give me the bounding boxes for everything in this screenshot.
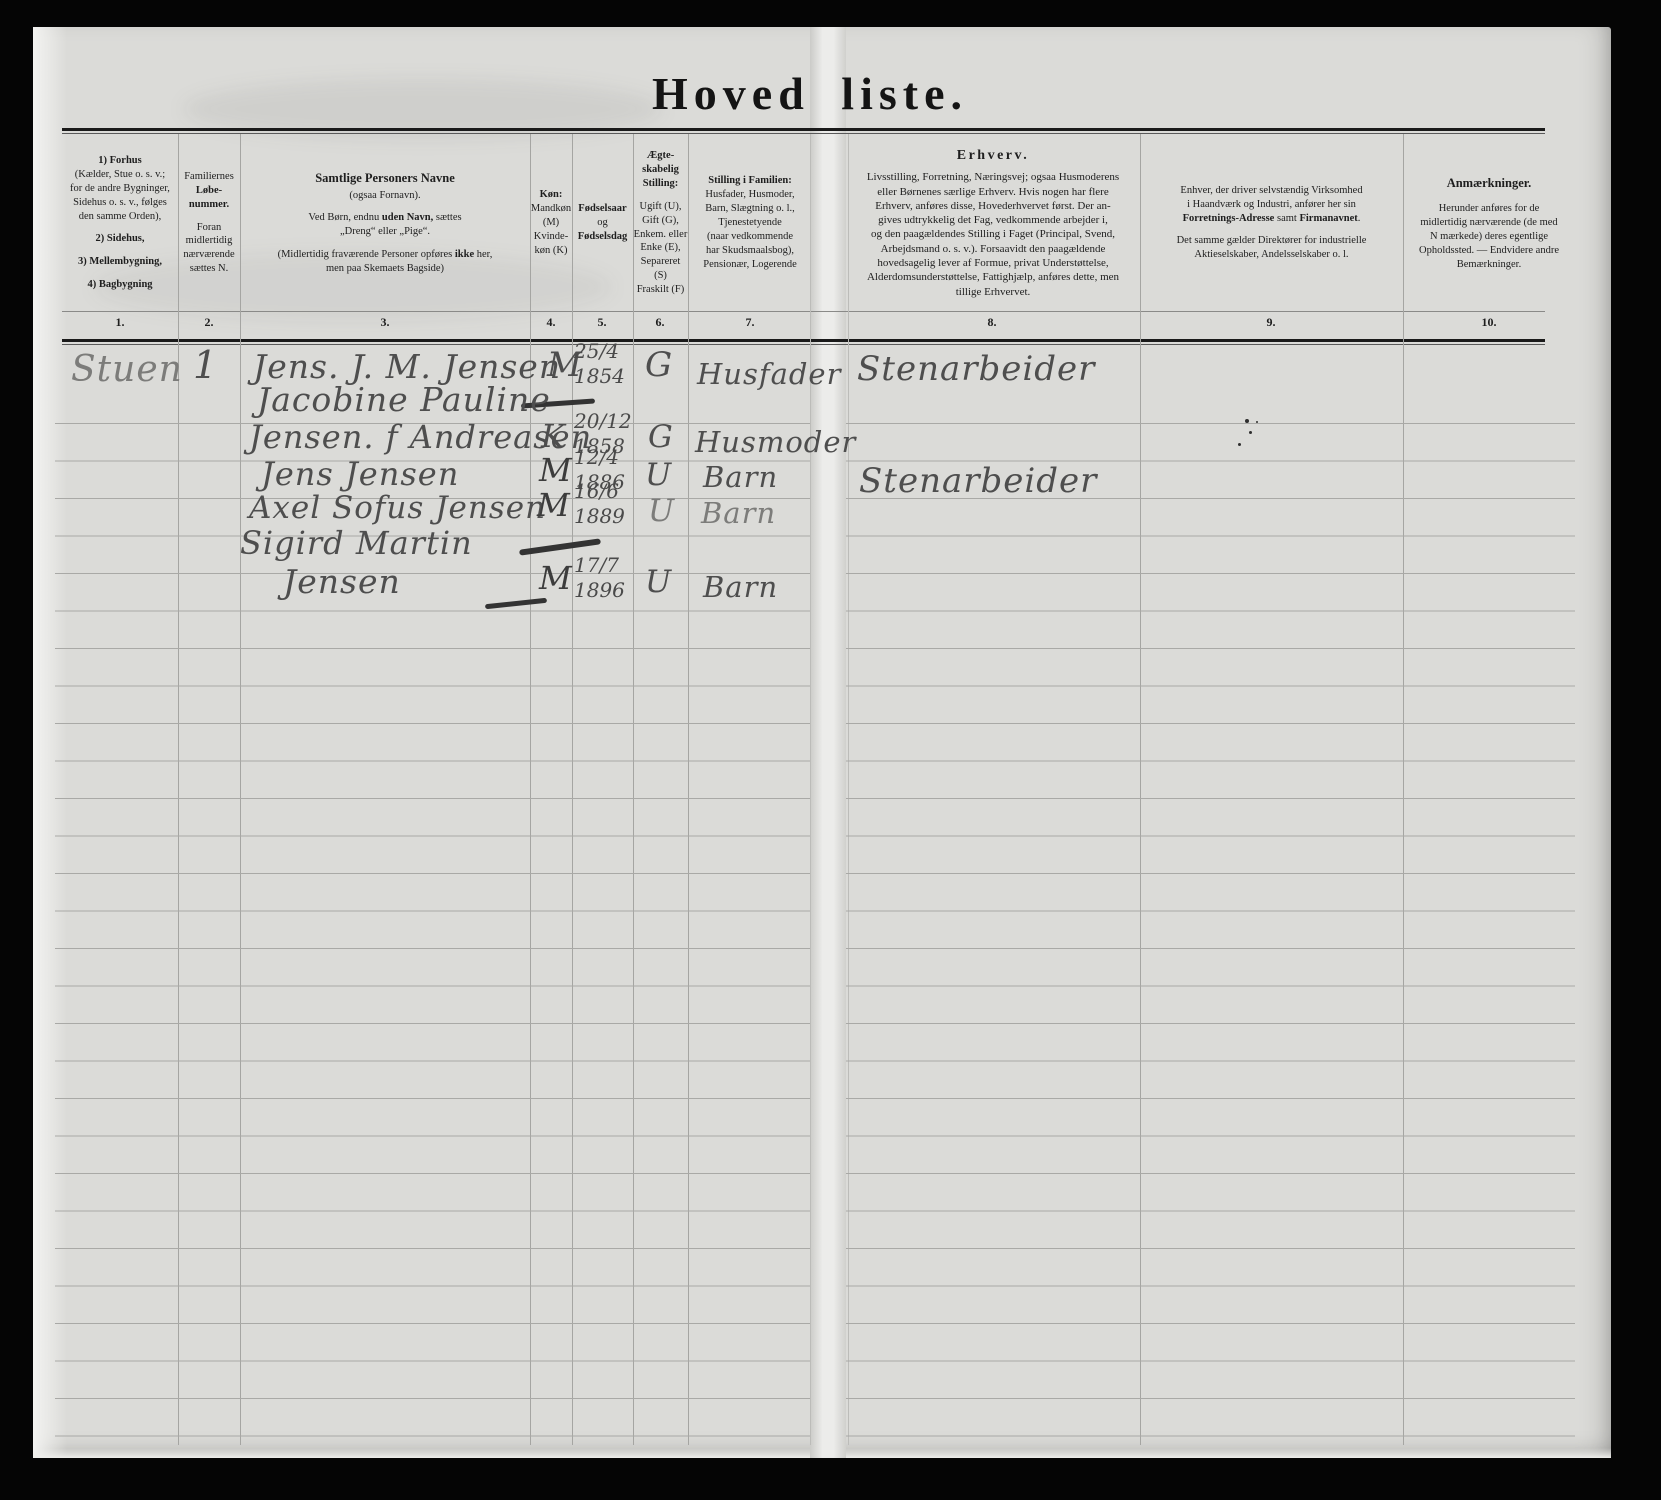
column-number-10: 10. bbox=[1482, 315, 1497, 330]
entry-fodselsdato: 25/41854 bbox=[574, 339, 625, 389]
column-number-4: 4. bbox=[547, 315, 556, 330]
entry-navn: Jacobine Pauline bbox=[257, 380, 551, 419]
ink-speck bbox=[1256, 421, 1258, 423]
book-fold-gutter bbox=[810, 27, 846, 1458]
column-number-7: 7. bbox=[746, 315, 755, 330]
scanned-census-spread: { "page_title": "Hoved liste.", "table":… bbox=[0, 0, 1661, 1500]
entry-kon: M bbox=[539, 451, 573, 489]
column-number-1: 1. bbox=[116, 315, 125, 330]
column-header-lobenummer: FamiliernesLøbe-nummer.Foranmidlertidign… bbox=[178, 134, 240, 312]
entry-navn: Jensen bbox=[283, 562, 401, 601]
column-number-9: 9. bbox=[1267, 315, 1276, 330]
entry-fodselsdato: 16/61889 bbox=[574, 479, 625, 529]
entry-kon: M bbox=[539, 559, 573, 597]
ink-speck bbox=[1249, 431, 1252, 434]
ruled-rows-left-page bbox=[55, 423, 810, 1439]
column-number-6: 6. bbox=[656, 315, 665, 330]
column-number-3: 3. bbox=[381, 315, 390, 330]
entry-familiestilling: Barn bbox=[701, 496, 776, 530]
census-page: Hoved liste. 1) Forhus(Kælder, Stue o. s… bbox=[33, 27, 1611, 1458]
column-header-stilling: Stilling i Familien:Husfader, Husmoder,B… bbox=[688, 134, 812, 312]
column-number-8: 8. bbox=[988, 315, 997, 330]
column-header-erhverv: Erhverv.Livsstilling, Forretning, Næring… bbox=[846, 134, 1140, 312]
column-number-5: 5. bbox=[598, 315, 607, 330]
column-header-navne: Samtlige Personers Navne(ogsaa Fornavn).… bbox=[240, 134, 530, 312]
ink-speck bbox=[1238, 443, 1241, 446]
header-rule-bottom bbox=[62, 339, 1545, 345]
entry-erhverv: Stenarbeider bbox=[857, 349, 1095, 389]
column-number-2: 2. bbox=[205, 315, 214, 330]
page-title: Hoved liste. bbox=[652, 67, 968, 120]
entry-aegteskabelig: U bbox=[648, 493, 675, 529]
column-header-aegteskabelig: Ægte-skabeligStilling:Ugift (U),Gift (G)… bbox=[633, 134, 688, 312]
entry-fodselsdato: 17/71896 bbox=[574, 553, 625, 603]
entry-erhverv: Stenarbeider bbox=[859, 461, 1097, 501]
entry-familiestilling: Husfader bbox=[697, 357, 841, 391]
ruled-rows-right-page bbox=[846, 423, 1575, 1439]
entry-kon: K bbox=[541, 417, 566, 455]
ink-speck bbox=[1245, 419, 1249, 423]
entry-bygning: Stuen bbox=[71, 349, 183, 390]
entry-familiestilling: Barn bbox=[703, 570, 778, 604]
entry-familiestilling: Barn bbox=[703, 460, 778, 494]
column-header-anmaerkninger: Anmærkninger.Herunder anføres for demidl… bbox=[1403, 134, 1575, 312]
entry-aegteskabelig: U bbox=[645, 564, 672, 600]
entry-lobenummer: 1 bbox=[193, 343, 218, 387]
entry-aegteskabelig: U bbox=[645, 457, 672, 493]
entry-kon: M bbox=[537, 486, 571, 524]
entry-navn: Jens Jensen bbox=[261, 455, 459, 493]
entry-navn: Sigird Martin bbox=[240, 524, 473, 562]
column-line bbox=[810, 134, 811, 1445]
entry-navn: Axel Sofus Jensen bbox=[249, 490, 546, 526]
entry-aegteskabelig: G bbox=[648, 419, 674, 455]
entry-familiestilling: Husmoder bbox=[695, 425, 856, 459]
column-header-kon: Køn:Mandkøn(M)Kvinde-køn (K) bbox=[530, 134, 572, 312]
column-header-fodselsaar: FødselsaarogFødselsdag bbox=[572, 134, 633, 312]
entry-aegteskabelig: G bbox=[645, 345, 673, 385]
column-header-bygning: 1) Forhus(Kælder, Stue o. s. v.;for de a… bbox=[62, 134, 178, 312]
column-header-adresse: Enhver, der driver selvstændig Virksomhe… bbox=[1140, 134, 1403, 312]
